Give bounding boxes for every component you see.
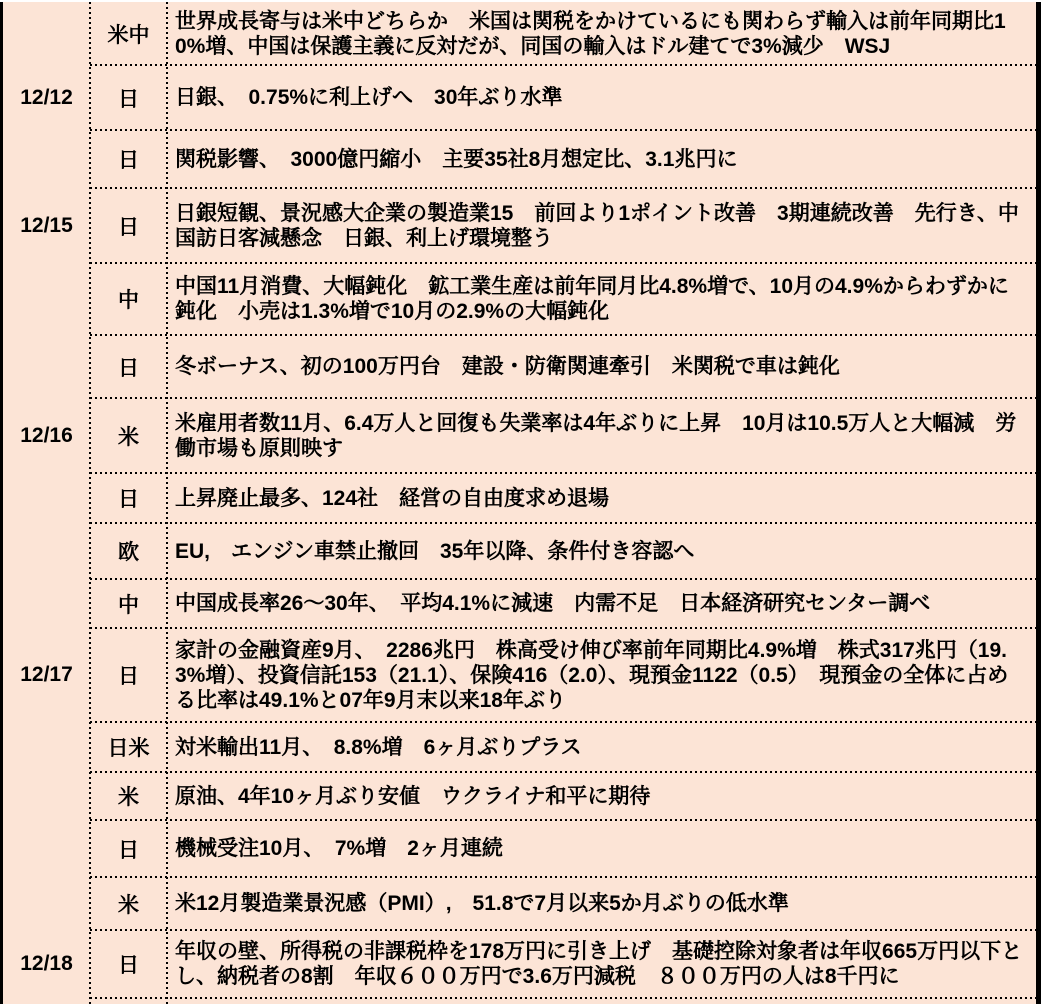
region-cell: 中 — [90, 263, 167, 335]
table-row: 日冬ボーナス、初の100万円台 建設・防衛関連牽引 米関税で車は鈍化 — [3, 335, 1036, 398]
table-row: 12/18日年収の壁、所得税の非課税枠を178万円に引き上げ 基礎控除対象者は年… — [3, 930, 1036, 998]
headline-cell: EU, エンジン車禁止撤回 35年以降、条件付き容認へ — [167, 523, 1036, 579]
table-row: 12/12日日銀、 0.75%に利上げへ 30年ぶり水準 — [3, 65, 1036, 130]
headline-cell: 家計の金融資産9月、 2286兆円 株高受け伸び率前年同期比4.9%増 株式31… — [167, 628, 1036, 722]
date-cell — [3, 2, 90, 65]
region-cell: 米中 — [90, 2, 167, 65]
headline-cell: 機械受注10月、 7%増 2ヶ月連続 — [167, 820, 1036, 877]
date-cell — [3, 335, 90, 398]
news-calendar-table: 米中世界成長寄与は米中どちらか 米国は関税をかけているにも関わらず輸入は前年同期… — [0, 2, 1041, 1004]
headline-cell: 上昇廃止最多、124社 経営の自由度求め退場 — [167, 473, 1036, 523]
table-row — [3, 998, 1036, 1004]
headline-cell: 米雇用者数11月、6.4万人と回復も失業率は4年ぶりに上昇 10月は10.5万人… — [167, 398, 1036, 473]
table-row: 日機械受注10月、 7%増 2ヶ月連続 — [3, 820, 1036, 877]
table-row: 日関税影響、 3000億円縮小 主要35社8月想定比、3.1兆円に — [3, 130, 1036, 188]
headline-cell: 対米輸出11月、 8.8%増 6ヶ月ぶりプラス — [167, 722, 1036, 772]
table-row: 米米12月製造業景況感（PMI）, 51.8で7月以来5か月ぶりの低水準 — [3, 877, 1036, 930]
date-cell — [3, 998, 90, 1004]
date-cell — [3, 473, 90, 523]
table-row: 日米対米輸出11月、 8.8%増 6ヶ月ぶりプラス — [3, 722, 1036, 772]
table-row: 12/17日家計の金融資産9月、 2286兆円 株高受け伸び率前年同期比4.9%… — [3, 628, 1036, 722]
table-row: 12/16米米雇用者数11月、6.4万人と回復も失業率は4年ぶりに上昇 10月は… — [3, 398, 1036, 473]
headline-cell: 中国11月消費、大幅鈍化 鉱工業生産は前年同月比4.8%増で、10月の4.9%か… — [167, 263, 1036, 335]
region-cell: 中 — [90, 579, 167, 628]
region-cell: 日 — [90, 473, 167, 523]
table-row: 欧EU, エンジン車禁止撤回 35年以降、条件付き容認へ — [3, 523, 1036, 579]
region-cell — [90, 998, 167, 1004]
date-cell — [3, 523, 90, 579]
headline-cell: 日銀、 0.75%に利上げへ 30年ぶり水準 — [167, 65, 1036, 130]
table-row: 12/15日日銀短観、景況感大企業の製造業15 前回より1ポイント改善 3期連続… — [3, 188, 1036, 263]
screenshot-root: 米中世界成長寄与は米中どちらか 米国は関税をかけているにも関わらず輸入は前年同期… — [0, 0, 1044, 1005]
region-cell: 日 — [90, 820, 167, 877]
date-cell: 12/18 — [3, 930, 90, 998]
date-cell — [3, 772, 90, 820]
headline-cell — [167, 998, 1036, 1004]
region-cell: 欧 — [90, 523, 167, 579]
headline-cell: 関税影響、 3000億円縮小 主要35社8月想定比、3.1兆円に — [167, 130, 1036, 188]
region-cell: 日米 — [90, 722, 167, 772]
date-cell — [3, 130, 90, 188]
headline-cell: 原油、4年10ヶ月ぶり安値 ウクライナ和平に期待 — [167, 772, 1036, 820]
headline-cell: 米12月製造業景況感（PMI）, 51.8で7月以来5か月ぶりの低水準 — [167, 877, 1036, 930]
headline-cell: 世界成長寄与は米中どちらか 米国は関税をかけているにも関わらず輸入は前年同期比1… — [167, 2, 1036, 65]
date-cell — [3, 263, 90, 335]
date-cell: 12/16 — [3, 398, 90, 473]
region-cell: 米 — [90, 877, 167, 930]
headline-cell: 日銀短観、景況感大企業の製造業15 前回より1ポイント改善 3期連続改善 先行き… — [167, 188, 1036, 263]
table-row: 中中国成長率26～30年、 平均4.1%に減速 内需不足 日本経済研究センター調… — [3, 579, 1036, 628]
table-row: 日上昇廃止最多、124社 経営の自由度求め退場 — [3, 473, 1036, 523]
region-cell: 日 — [90, 65, 167, 130]
table-row: 米中世界成長寄与は米中どちらか 米国は関税をかけているにも関わらず輸入は前年同期… — [3, 2, 1036, 65]
date-cell: 12/15 — [3, 188, 90, 263]
region-cell: 米 — [90, 772, 167, 820]
table-row: 中中国11月消費、大幅鈍化 鉱工業生産は前年同月比4.8%増で、10月の4.9%… — [3, 263, 1036, 335]
headline-cell: 中国成長率26～30年、 平均4.1%に減速 内需不足 日本経済研究センター調べ — [167, 579, 1036, 628]
date-cell — [3, 877, 90, 930]
date-cell — [3, 722, 90, 772]
headline-cell: 冬ボーナス、初の100万円台 建設・防衛関連牽引 米関税で車は鈍化 — [167, 335, 1036, 398]
region-cell: 日 — [90, 188, 167, 263]
date-cell: 12/17 — [3, 628, 90, 722]
headline-cell: 年収の壁、所得税の非課税枠を178万円に引き上げ 基礎控除対象者は年収665万円… — [167, 930, 1036, 998]
date-cell — [3, 579, 90, 628]
table-row: 米原油、4年10ヶ月ぶり安値 ウクライナ和平に期待 — [3, 772, 1036, 820]
region-cell: 日 — [90, 628, 167, 722]
region-cell: 米 — [90, 398, 167, 473]
region-cell: 日 — [90, 130, 167, 188]
date-cell — [3, 820, 90, 877]
date-cell: 12/12 — [3, 65, 90, 130]
region-cell: 日 — [90, 930, 167, 998]
region-cell: 日 — [90, 335, 167, 398]
